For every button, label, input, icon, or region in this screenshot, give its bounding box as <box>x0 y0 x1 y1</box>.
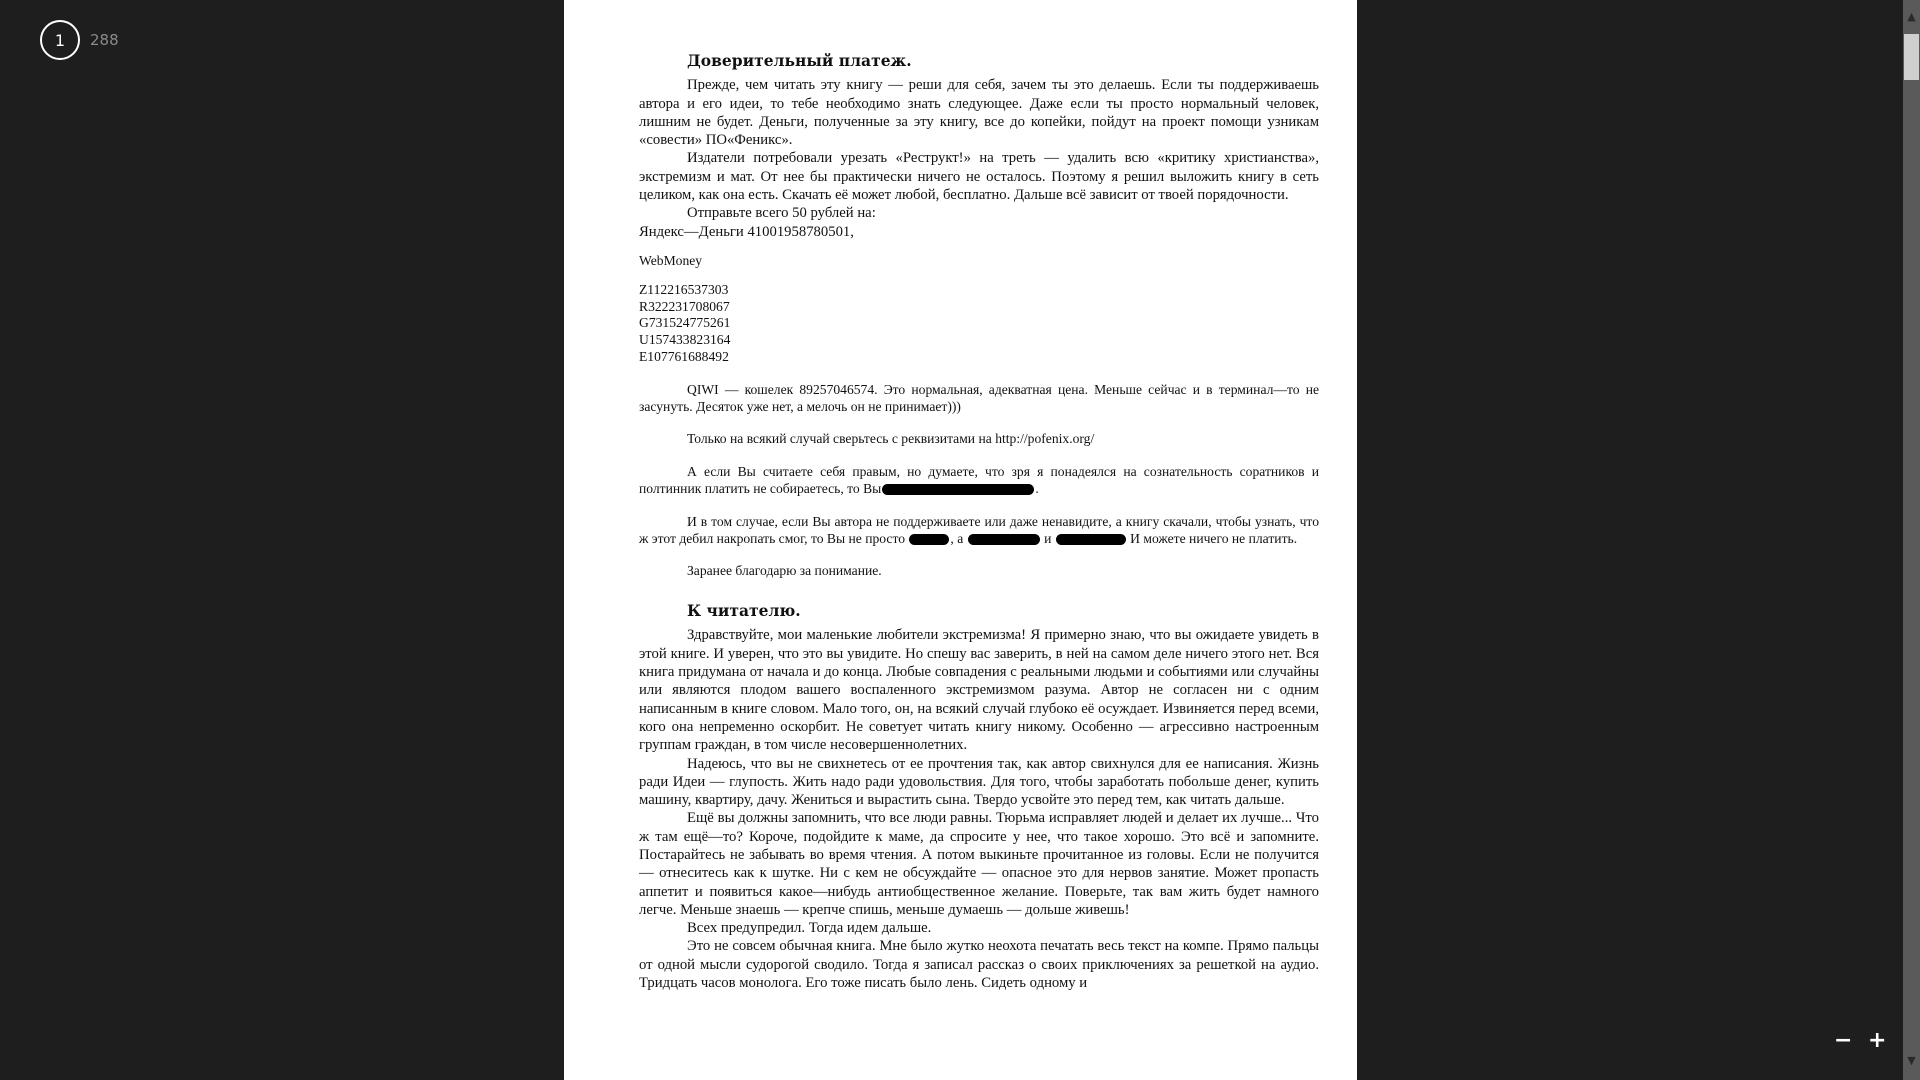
webmoney-wallet: Z112216537303 <box>639 282 1319 299</box>
heading-trust-payment: Доверительный платеж. <box>687 52 1319 70</box>
heading-to-reader: К читателю. <box>687 602 1319 620</box>
page-counter: 1 288 <box>40 20 119 60</box>
scrollbar-thumb[interactable] <box>1904 34 1919 80</box>
check-requisites: Только на всякий случай сверьтесь с рекв… <box>639 431 1319 448</box>
paragraph: Здравствуйте, мои маленькие любители экс… <box>639 626 1319 754</box>
webmoney-wallet: E107761688492 <box>639 349 1319 366</box>
zoom-in-button[interactable]: + <box>1868 1028 1886 1053</box>
redaction-bar <box>882 484 1034 495</box>
webmoney-wallet-list: Z112216537303 R322231708067 G73152477526… <box>639 282 1319 366</box>
paragraph: Прежде, чем читать эту книгу — реши для … <box>639 76 1319 149</box>
document-page: Доверительный платеж. Прежде, чем читать… <box>564 0 1357 1080</box>
paragraph: Отправьте всего 50 рублей на: <box>639 204 1319 222</box>
vertical-scrollbar[interactable]: ▲ ▼ <box>1903 0 1920 1080</box>
page-content: Доверительный платеж. Прежде, чем читать… <box>639 52 1319 992</box>
webmoney-wallet: R322231708067 <box>639 299 1319 316</box>
webmoney-label: WebMoney <box>639 253 1319 270</box>
paragraph: Всех предупредил. Тогда идем дальше. <box>639 919 1319 937</box>
redaction-bar <box>909 534 949 545</box>
redaction-bar <box>1056 534 1126 545</box>
paragraph: Это не совсем обычная книга. Мне было жу… <box>639 937 1319 992</box>
paragraph: Ещё вы должны запомнить, что все люди ра… <box>639 809 1319 919</box>
webmoney-wallet: U157433823164 <box>639 332 1319 349</box>
scroll-down-arrow-icon[interactable]: ▼ <box>1903 1052 1920 1069</box>
redaction-bar <box>968 534 1040 545</box>
scroll-up-arrow-icon[interactable]: ▲ <box>1903 8 1920 25</box>
paragraph: Издатели потребовали урезать «Реструкт!»… <box>639 149 1319 204</box>
total-pages: 288 <box>90 31 119 49</box>
qiwi-paragraph: QIWI — кошелек 89257046574. Это нормальн… <box>639 382 1319 416</box>
current-page-indicator[interactable]: 1 <box>40 20 80 60</box>
webmoney-wallet: G731524775261 <box>639 315 1319 332</box>
paragraph-if-hate: И в том случае, если Вы автора не поддер… <box>639 514 1319 548</box>
zoom-out-button[interactable]: − <box>1834 1028 1852 1053</box>
yandex-money-line: Яндекс—Деньги 41001958780501, <box>639 223 1319 241</box>
thanks-line: Заранее благодарю за понимание. <box>639 563 1319 580</box>
paragraph: Надеюсь, что вы не свихнетесь от ее проч… <box>639 755 1319 810</box>
paragraph-if-right: А если Вы считаете себя правым, но думае… <box>639 464 1319 498</box>
